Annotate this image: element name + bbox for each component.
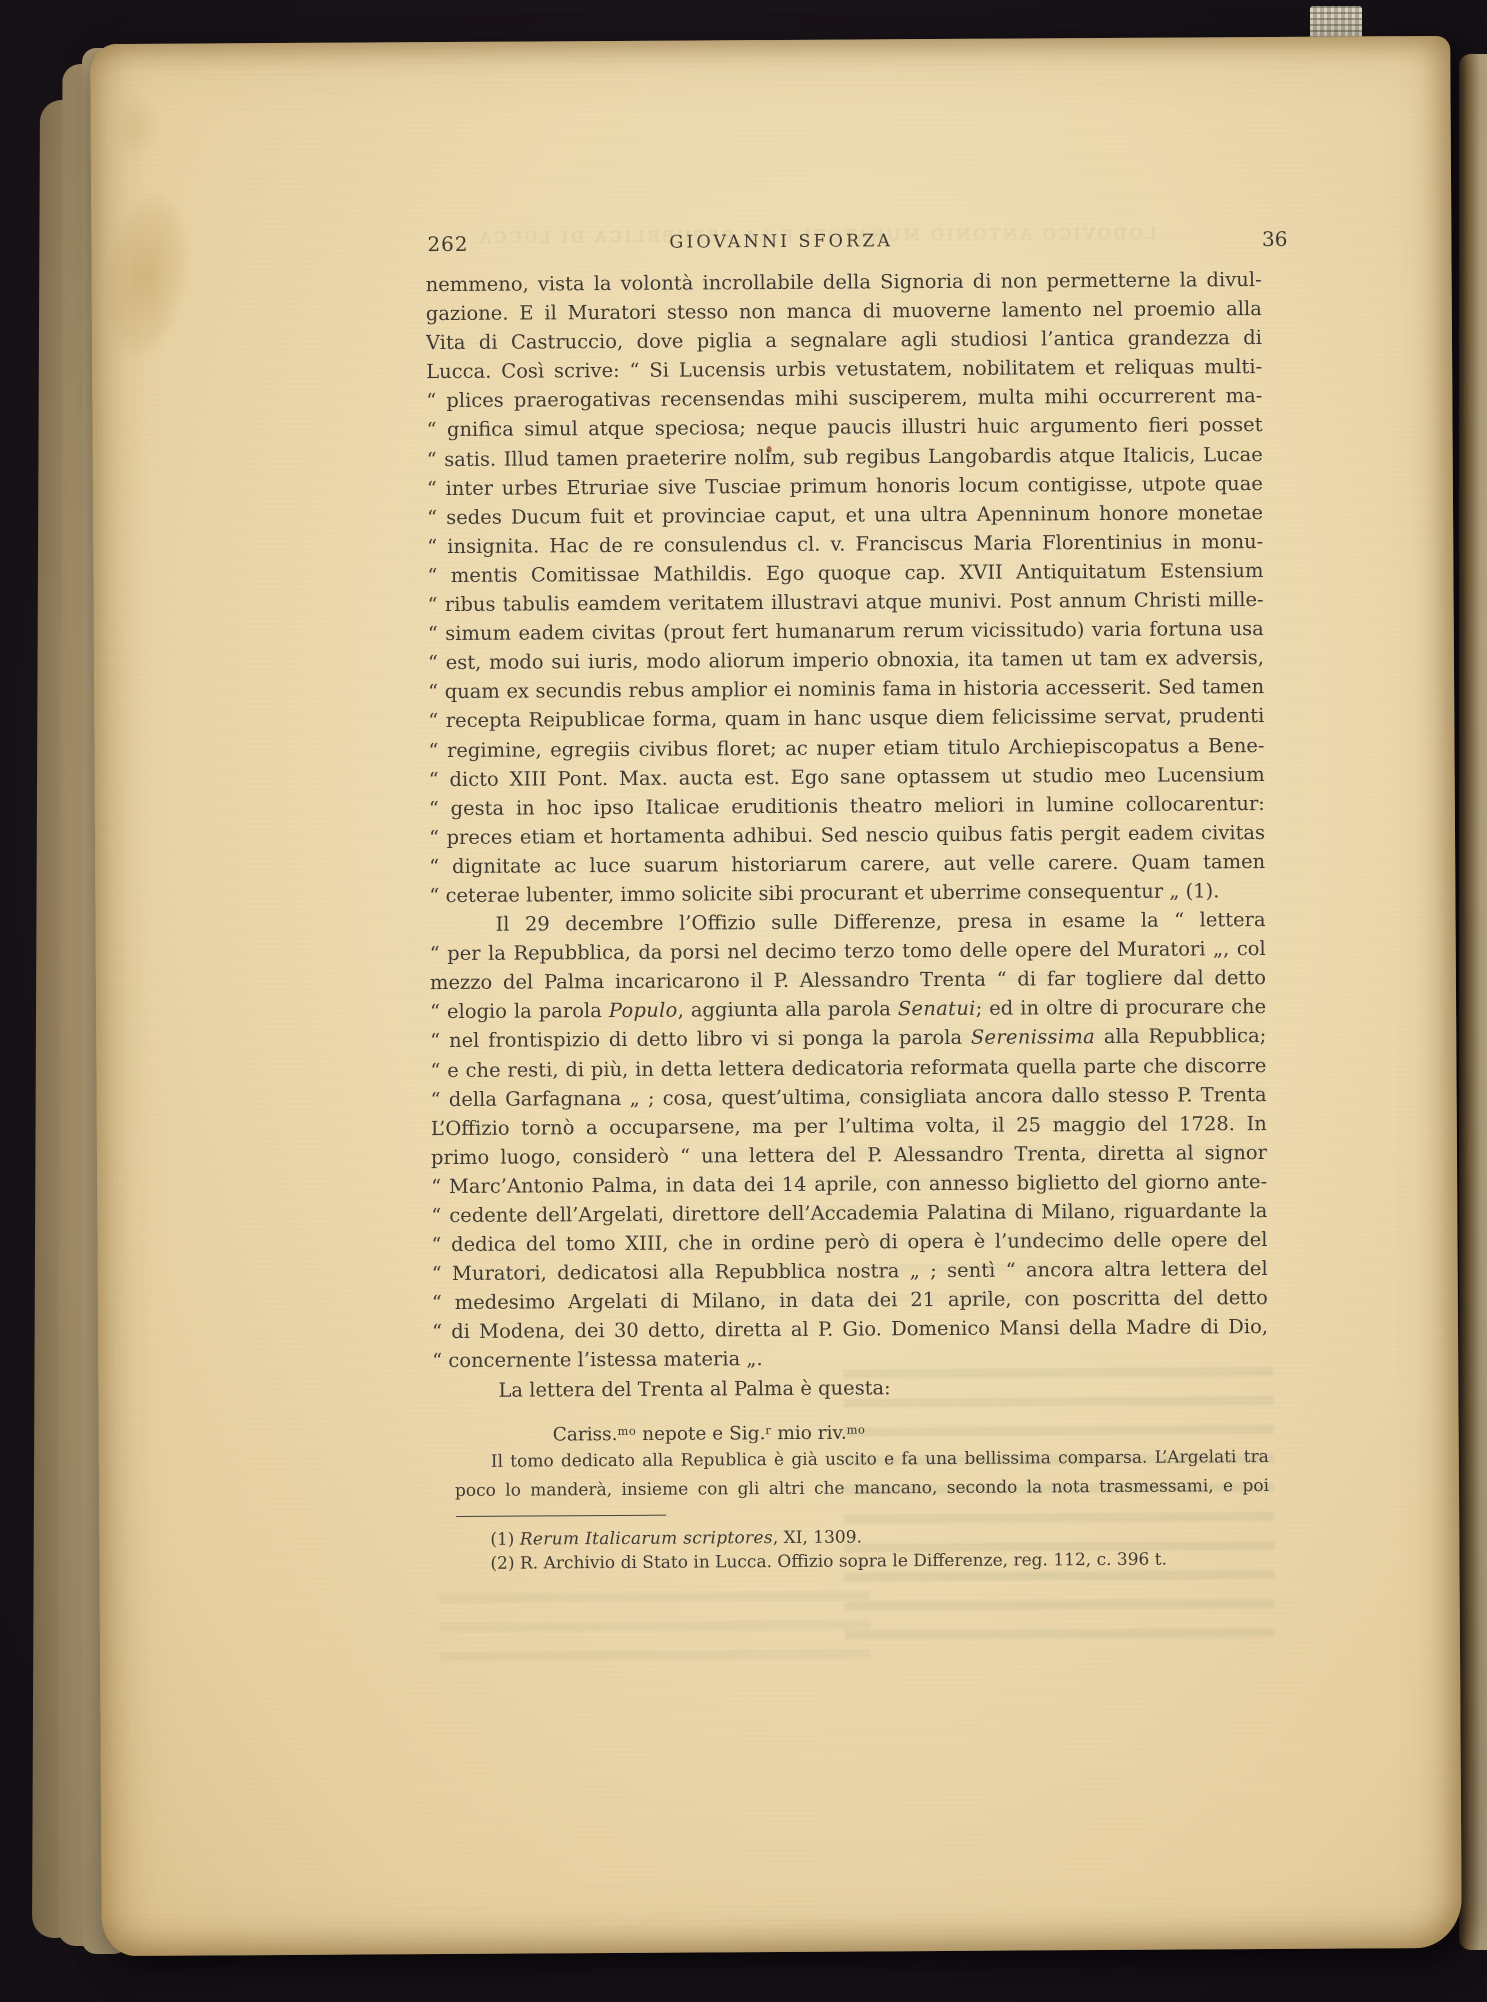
body-text-line: “ dicto XIII Pont. Max. aucta est. Ego s… (429, 760, 1265, 794)
letter-salutation: Cariss.mo nepote e Sig.r mio riv.mo (553, 1414, 1269, 1444)
running-title: GIOVANNI SFORZA (669, 231, 893, 252)
paper-stain (110, 94, 160, 160)
next-page-edge (1459, 54, 1487, 1950)
body-text-line: “ nel frontispizio di detto libro vi si … (430, 1021, 1266, 1055)
page-header: 262 GIOVANNI SFORZA 36 (425, 219, 1261, 270)
footnote-line: (2) R. Archivio di Stato in Lucca. Offiz… (490, 1547, 1269, 1576)
issue-number: 36 (1262, 227, 1288, 251)
body-text-line: “ inter urbes Etruriae sive Tusciae prim… (427, 469, 1263, 503)
body-text-line: “ di Modena, dei 30 detto, diretta al P.… (432, 1312, 1268, 1346)
letter-body-line: Il tomo dedicato alla Republica è già us… (455, 1443, 1269, 1477)
body-text-line: “ recepta Reipublicae forma, quam in han… (428, 701, 1264, 735)
body-text: nemmeno, vista la volontà incrollabile d… (426, 265, 1270, 1577)
body-text-line: “ gnifica simul atque speciosa; neque pa… (426, 410, 1262, 444)
body-text-line: La lettera del Trenta al Palma è questa: (432, 1371, 1268, 1405)
text-column: 262 GIOVANNI SFORZA 36 nemmeno, vista la… (425, 219, 1269, 1577)
book-page: LODOVICO ANTONIO MURATORI E LA REPUBBLIC… (90, 36, 1462, 1956)
letter-body-line: poco lo manderà, insieme con gli altri c… (455, 1472, 1269, 1506)
paper-stain (93, 187, 199, 365)
footnote-separator (456, 1514, 666, 1516)
page-number: 262 (427, 232, 468, 256)
body-text-line: “ regimine, egregiis civibus floret; ac … (428, 731, 1264, 765)
body-text-line: “ e che resti, di più, in detta lettera … (430, 1051, 1266, 1085)
book-scan: LODOVICO ANTONIO MURATORI E LA REPUBBLIC… (0, 0, 1487, 2002)
page-stack-edge (32, 100, 86, 1938)
show-through-text (440, 1591, 871, 1678)
body-text-line: “ satis. Illud tamen praeterire nolim, s… (427, 440, 1263, 474)
body-text-line: “ della Garfagnana „ ; cosa, quest’ultim… (431, 1080, 1267, 1114)
